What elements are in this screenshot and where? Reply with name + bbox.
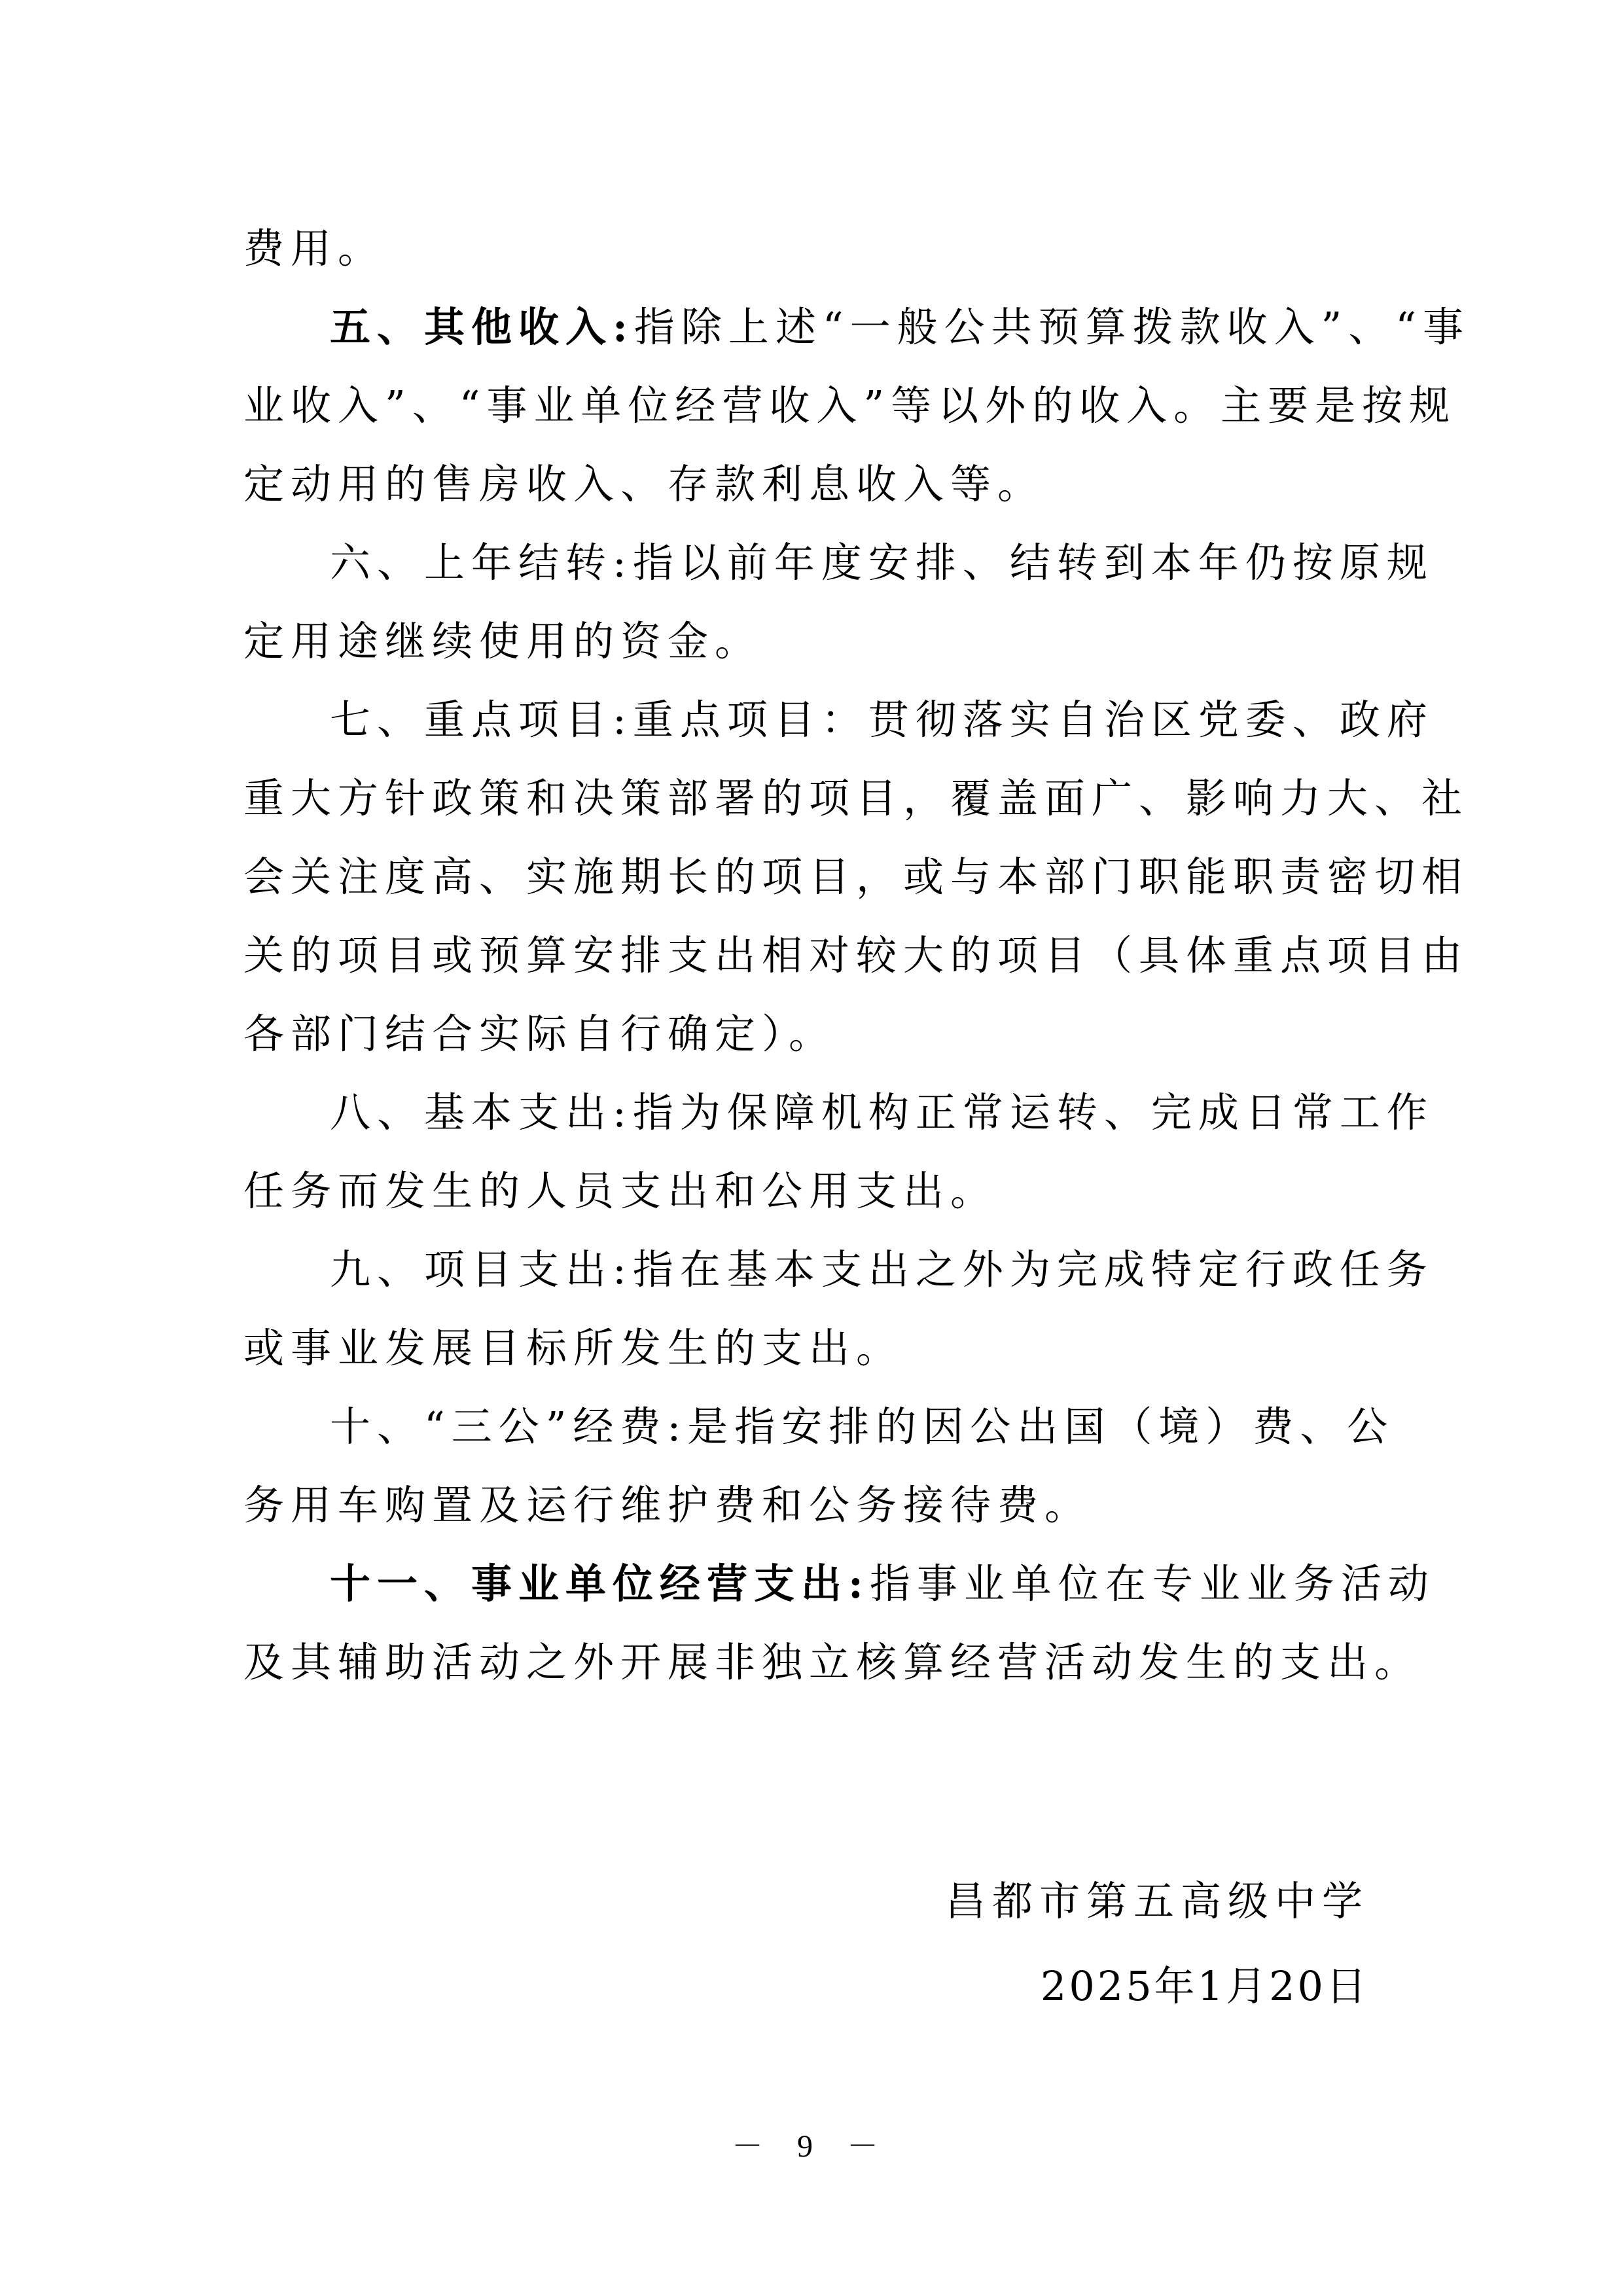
definition-item-prior-year-carryover: 六、上年结转:指以前年度安排、结转到本年仍按原规	[243, 524, 1369, 602]
paragraph-line: 定用途继续使用的资金。	[243, 602, 1369, 681]
definition-item-three-public-expenses: 十、“三公”经费:是指安排的因公出国（境）费、公	[243, 1388, 1369, 1466]
paragraph-line: 任务而发生的人员支出和公用支出。	[243, 1152, 1369, 1230]
line-text: 会关注度高、实施期长的项目，或与本部门职能职责密切相	[243, 853, 1469, 901]
definition-term: 九、项目支出:	[330, 1246, 633, 1293]
line-text: 费用。	[243, 224, 385, 272]
line-text: 业收入”、“事业单位经营收入”等以外的收入。主要是按规	[243, 382, 1456, 429]
definition-item-other-income: 五、其他收入:指除上述“一般公共预算拨款收入”、“事	[243, 288, 1369, 367]
definition-term: 十一、事业单位经营支出:	[330, 1560, 870, 1607]
paragraph-line: 或事业发展目标所发生的支出。	[243, 1309, 1369, 1388]
definition-text: 指事业单位在专业业务活动	[870, 1560, 1435, 1607]
signature-date: 2025年1月20日	[584, 1954, 1369, 2012]
definition-text: 指除上述“一般公共预算拨款收入”、“事	[634, 303, 1470, 351]
paragraph-line: 及其辅助活动之外开展非独立核算经营活动发生的支出。	[243, 1623, 1369, 1702]
definition-text: 是指安排的因公出国（境）费、公	[687, 1403, 1394, 1450]
page-number: － 9 －	[0, 2121, 1623, 2166]
paragraph-line: 费用。	[243, 209, 1369, 288]
definition-text: 重点项目：贯彻落实自治区党委、政府	[633, 696, 1434, 744]
paragraph-line: 业收入”、“事业单位经营收入”等以外的收入。主要是按规	[243, 367, 1369, 445]
document-body: 费用。 五、其他收入:指除上述“一般公共预算拨款收入”、“事 业收入”、“事业单…	[243, 209, 1369, 1702]
definition-item-project-expenditure: 九、项目支出:指在基本支出之外为完成特定行政任务	[243, 1230, 1369, 1309]
paragraph-line: 会关注度高、实施期长的项目，或与本部门职能职责密切相	[243, 838, 1369, 916]
definition-text: 指为保障机构正常运转、完成日常工作	[633, 1088, 1434, 1136]
definition-term: 八、基本支出:	[330, 1088, 633, 1136]
paragraph-line: 重大方针政策和决策部署的项目，覆盖面广、影响力大、社	[243, 759, 1369, 838]
paragraph-line: 各部门结合实际自行确定）。	[243, 995, 1369, 1073]
definition-term: 五、其他收入:	[330, 303, 634, 351]
line-text: 各部门结合实际自行确定）。	[243, 1010, 836, 1058]
definition-term: 六、上年结转:	[330, 539, 633, 586]
paragraph-line: 务用车购置及运行维护费和公务接待费。	[243, 1466, 1369, 1545]
line-text: 任务而发生的人员支出和公用支出。	[243, 1167, 997, 1215]
line-text: 重大方针政策和决策部署的项目，覆盖面广、影响力大、社	[243, 774, 1469, 822]
definition-item-key-projects: 七、重点项目:重点项目：贯彻落实自治区党委、政府	[243, 681, 1369, 759]
paragraph-line: 关的项目或预算安排支出相对较大的项目（具体重点项目由	[243, 916, 1369, 995]
signature-organization: 昌都市第五高级中学	[584, 1869, 1369, 1927]
paragraph-line: 定动用的售房收入、存款利息收入等。	[243, 445, 1369, 524]
definition-text: 指在基本支出之外为完成特定行政任务	[633, 1246, 1434, 1293]
line-text: 定用途继续使用的资金。	[243, 617, 762, 665]
line-text: 关的项目或预算安排支出相对较大的项目（具体重点项目由	[243, 931, 1469, 979]
line-text: 定动用的售房收入、存款利息收入等。	[243, 460, 1044, 508]
definition-term: 七、重点项目:	[330, 696, 633, 744]
definition-term: 十、“三公”经费:	[330, 1403, 687, 1450]
definition-text: 指以前年度安排、结转到本年仍按原规	[633, 539, 1434, 586]
definition-item-operating-expenditure: 十一、事业单位经营支出:指事业单位在专业业务活动	[243, 1545, 1369, 1623]
line-text: 务用车购置及运行维护费和公务接待费。	[243, 1481, 1092, 1529]
line-text: 及其辅助活动之外开展非独立核算经营活动发生的支出。	[243, 1638, 1421, 1686]
definition-item-basic-expenditure: 八、基本支出:指为保障机构正常运转、完成日常工作	[243, 1073, 1369, 1152]
line-text: 或事业发展目标所发生的支出。	[243, 1324, 903, 1372]
